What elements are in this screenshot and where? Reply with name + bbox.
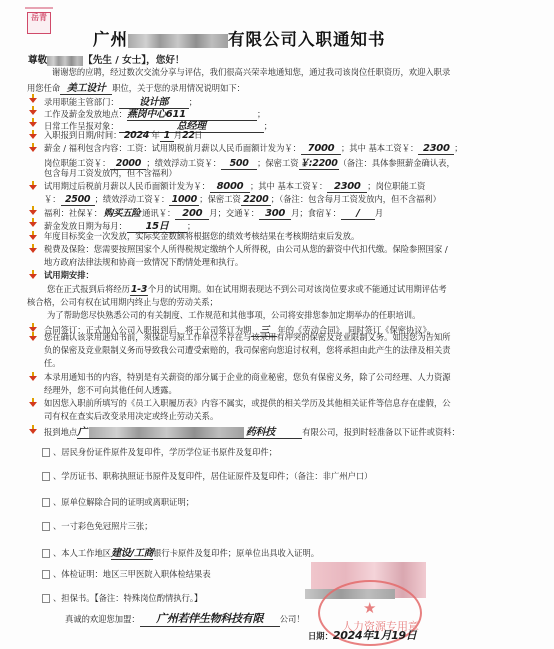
checklist-item-bank: 、本人工作地区建设/工商银行卡原件及复印件；原单位出具收入证明。 [42, 544, 319, 560]
greeting: 尊敬【先生 / 女士】，您好！ [28, 52, 185, 66]
non-compete-line-2: 负的保密及竞业限制义务而导致我公司遭受索赔的，我司保密向您追讨权利，您将承担由此… [44, 344, 451, 356]
bullet-arrow-icon [29, 94, 37, 103]
tax-line-2: 地方政府法律法规和协商一致情况下酌情处理和执行。 [44, 256, 243, 268]
bullet-arrow-icon [29, 181, 37, 190]
non-compete-line-1: 您在确认该录用通知书前，须保证与原工作单位不存在与该录用有冲突的保密及竞业限制义… [44, 331, 451, 343]
bullet-arrow-icon [29, 372, 37, 381]
checkbox[interactable] [42, 594, 50, 603]
checklist-item: 、体检证明：地区三甲医院入职体检结果表 [42, 568, 211, 580]
falsification-line-2: 司有权在查实后改变录用决定或终止劳动关系。 [44, 410, 218, 422]
bullet-arrow-icon [29, 143, 37, 152]
closing-company-field: 广州若伴生物科技有限 [140, 610, 280, 627]
probation-line-3: 为了帮助您尽快熟悉公司的有关制度、工作规范和其他事项，公司将安排您参加定期举办的… [47, 309, 420, 321]
bullet-arrow-icon [29, 231, 37, 240]
closing-row: 真诚的欢迎您加盟：广州若伴生物科技有限公司！ [65, 610, 305, 627]
bullet-arrow-icon [29, 425, 37, 434]
signature-date-row: 日期：2024年1月19日 [308, 627, 428, 643]
company-logo: 岳青 [27, 12, 51, 34]
signature-date-field: 2024年1月19日 [333, 627, 428, 643]
checkbox[interactable] [42, 570, 50, 579]
secrecy-line-1: 本录用通知书的内容，特别是有关薪资的部分属于企业的商业秘密，您负有保密义务，除了… [44, 371, 451, 383]
offer-letter-page: 岳青 广州有限公司入职通知书 尊敬【先生 / 女士】，您好！ 谢谢您的应聘，经过… [0, 0, 554, 649]
probation-base-field: 2300 [418, 143, 454, 155]
bullet-arrow-icon [29, 218, 37, 227]
probation-heading: 试用期安排： [44, 269, 94, 281]
bullet-arrow-icon [29, 118, 37, 127]
bullet-arrow-icon [29, 332, 37, 341]
bullet-arrow-icon [29, 270, 37, 279]
probation-salary-line-3: 包含每月工资发放内，但不含福利） [44, 167, 177, 179]
start-day-field: 22 [182, 130, 194, 141]
redacted-company-name [128, 34, 228, 48]
bullet-arrow-icon [29, 106, 37, 115]
checklist-item: 、担保书。【备注：特殊岗位酌情执行。】 [42, 592, 202, 604]
checkbox[interactable] [42, 472, 50, 481]
probation-total-field: 7000 [301, 143, 341, 155]
checkbox[interactable] [42, 522, 50, 531]
regular-salary-line-1: 试用期过后税前月薪以人民币面额计发为￥：8000；其中 基本工资￥：2300；岗… [44, 180, 425, 193]
checklist-item: 、居民身份证件原件及复印件，学历学位证书原件及复印件； [42, 446, 277, 458]
checklist-item: 、原单位解除合同的证明或离职证明； [42, 496, 194, 508]
falsification-line-1: 如因您入职前所填写的《员工入职履历表》内容不属实，或提供的相关学历及其他相关证件… [44, 397, 451, 409]
bullet-arrow-icon [29, 206, 37, 215]
transport-field: 300 [259, 208, 291, 220]
regular-base-field: 2300 [327, 181, 367, 193]
bonus-text: 年度目标奖金一次发放，实际奖金数额将根据您的绩效考核结果在考核期结束后发放。 [44, 230, 359, 242]
redacted-recipient-name [47, 56, 83, 66]
probation-months-field: 1-3 [130, 284, 148, 296]
bullet-arrow-icon [29, 130, 37, 139]
start-date-row: 入职报到日期/时间：2024年1月22日 [44, 129, 202, 142]
logo-caption [25, 7, 53, 9]
start-year-field: 2024 [121, 130, 151, 141]
probation-line-1: 您在正式报到后将经历1-3个月的试用期。如在试用期表现达不到公司对该岗位要求或不… [47, 283, 447, 296]
checklist-item: 、学历证书、职称执照证书原件及复印件，居住证原件及复印件；（备注：非广州户口） [42, 470, 372, 482]
report-place-field: 广药科技 [77, 423, 302, 439]
non-compete-line-3: 任。 [44, 357, 61, 369]
intro-line-1: 谢谢您的应聘，经过数次交流分享与评估，我们很高兴荣幸地通知您，通过我司该岗位任职… [52, 66, 450, 78]
probation-salary-line-1: 薪金 / 福利包含内容：工资：试用期税前月薪以人民币面额计发为￥：7000；其中… [44, 142, 463, 155]
bullet-arrow-icon [29, 323, 37, 332]
probation-performance-field: 500 [221, 158, 257, 170]
bullet-arrow-icon [29, 398, 37, 407]
bullet-arrow-icon [29, 244, 37, 253]
checkbox[interactable] [42, 549, 50, 558]
regular-total-field: 8000 [210, 181, 250, 193]
tax-line-1: 税费及保险：您需要按照国家个人所得税规定缴纳个人所得税，由公司从您的薪资中代扣代… [44, 243, 448, 255]
page-title: 广州有限公司入职通知书 [93, 26, 386, 50]
star-icon: ★ [363, 599, 376, 617]
redacted-report-place [89, 427, 244, 438]
checkbox[interactable] [42, 448, 50, 457]
probation-confidential-field: ￥:2200 [299, 155, 339, 170]
report-place-row: 报到地点广药科技有限公司，报到时轻准备以下证件或资料： [44, 423, 460, 439]
meal-field: / [341, 208, 375, 220]
bank-field: 建设/工商 [111, 544, 153, 560]
checklist-item: 、一寸彩色免冠照片三张； [42, 520, 153, 532]
checkbox[interactable] [42, 498, 50, 507]
start-month-field: 1 [160, 130, 174, 142]
secrecy-line-2: 经理外，您不可向其他任何人透露。 [44, 384, 177, 396]
probation-line-2: 核合格，公司有权在试用期内终止与您的劳动关系； [27, 296, 218, 308]
